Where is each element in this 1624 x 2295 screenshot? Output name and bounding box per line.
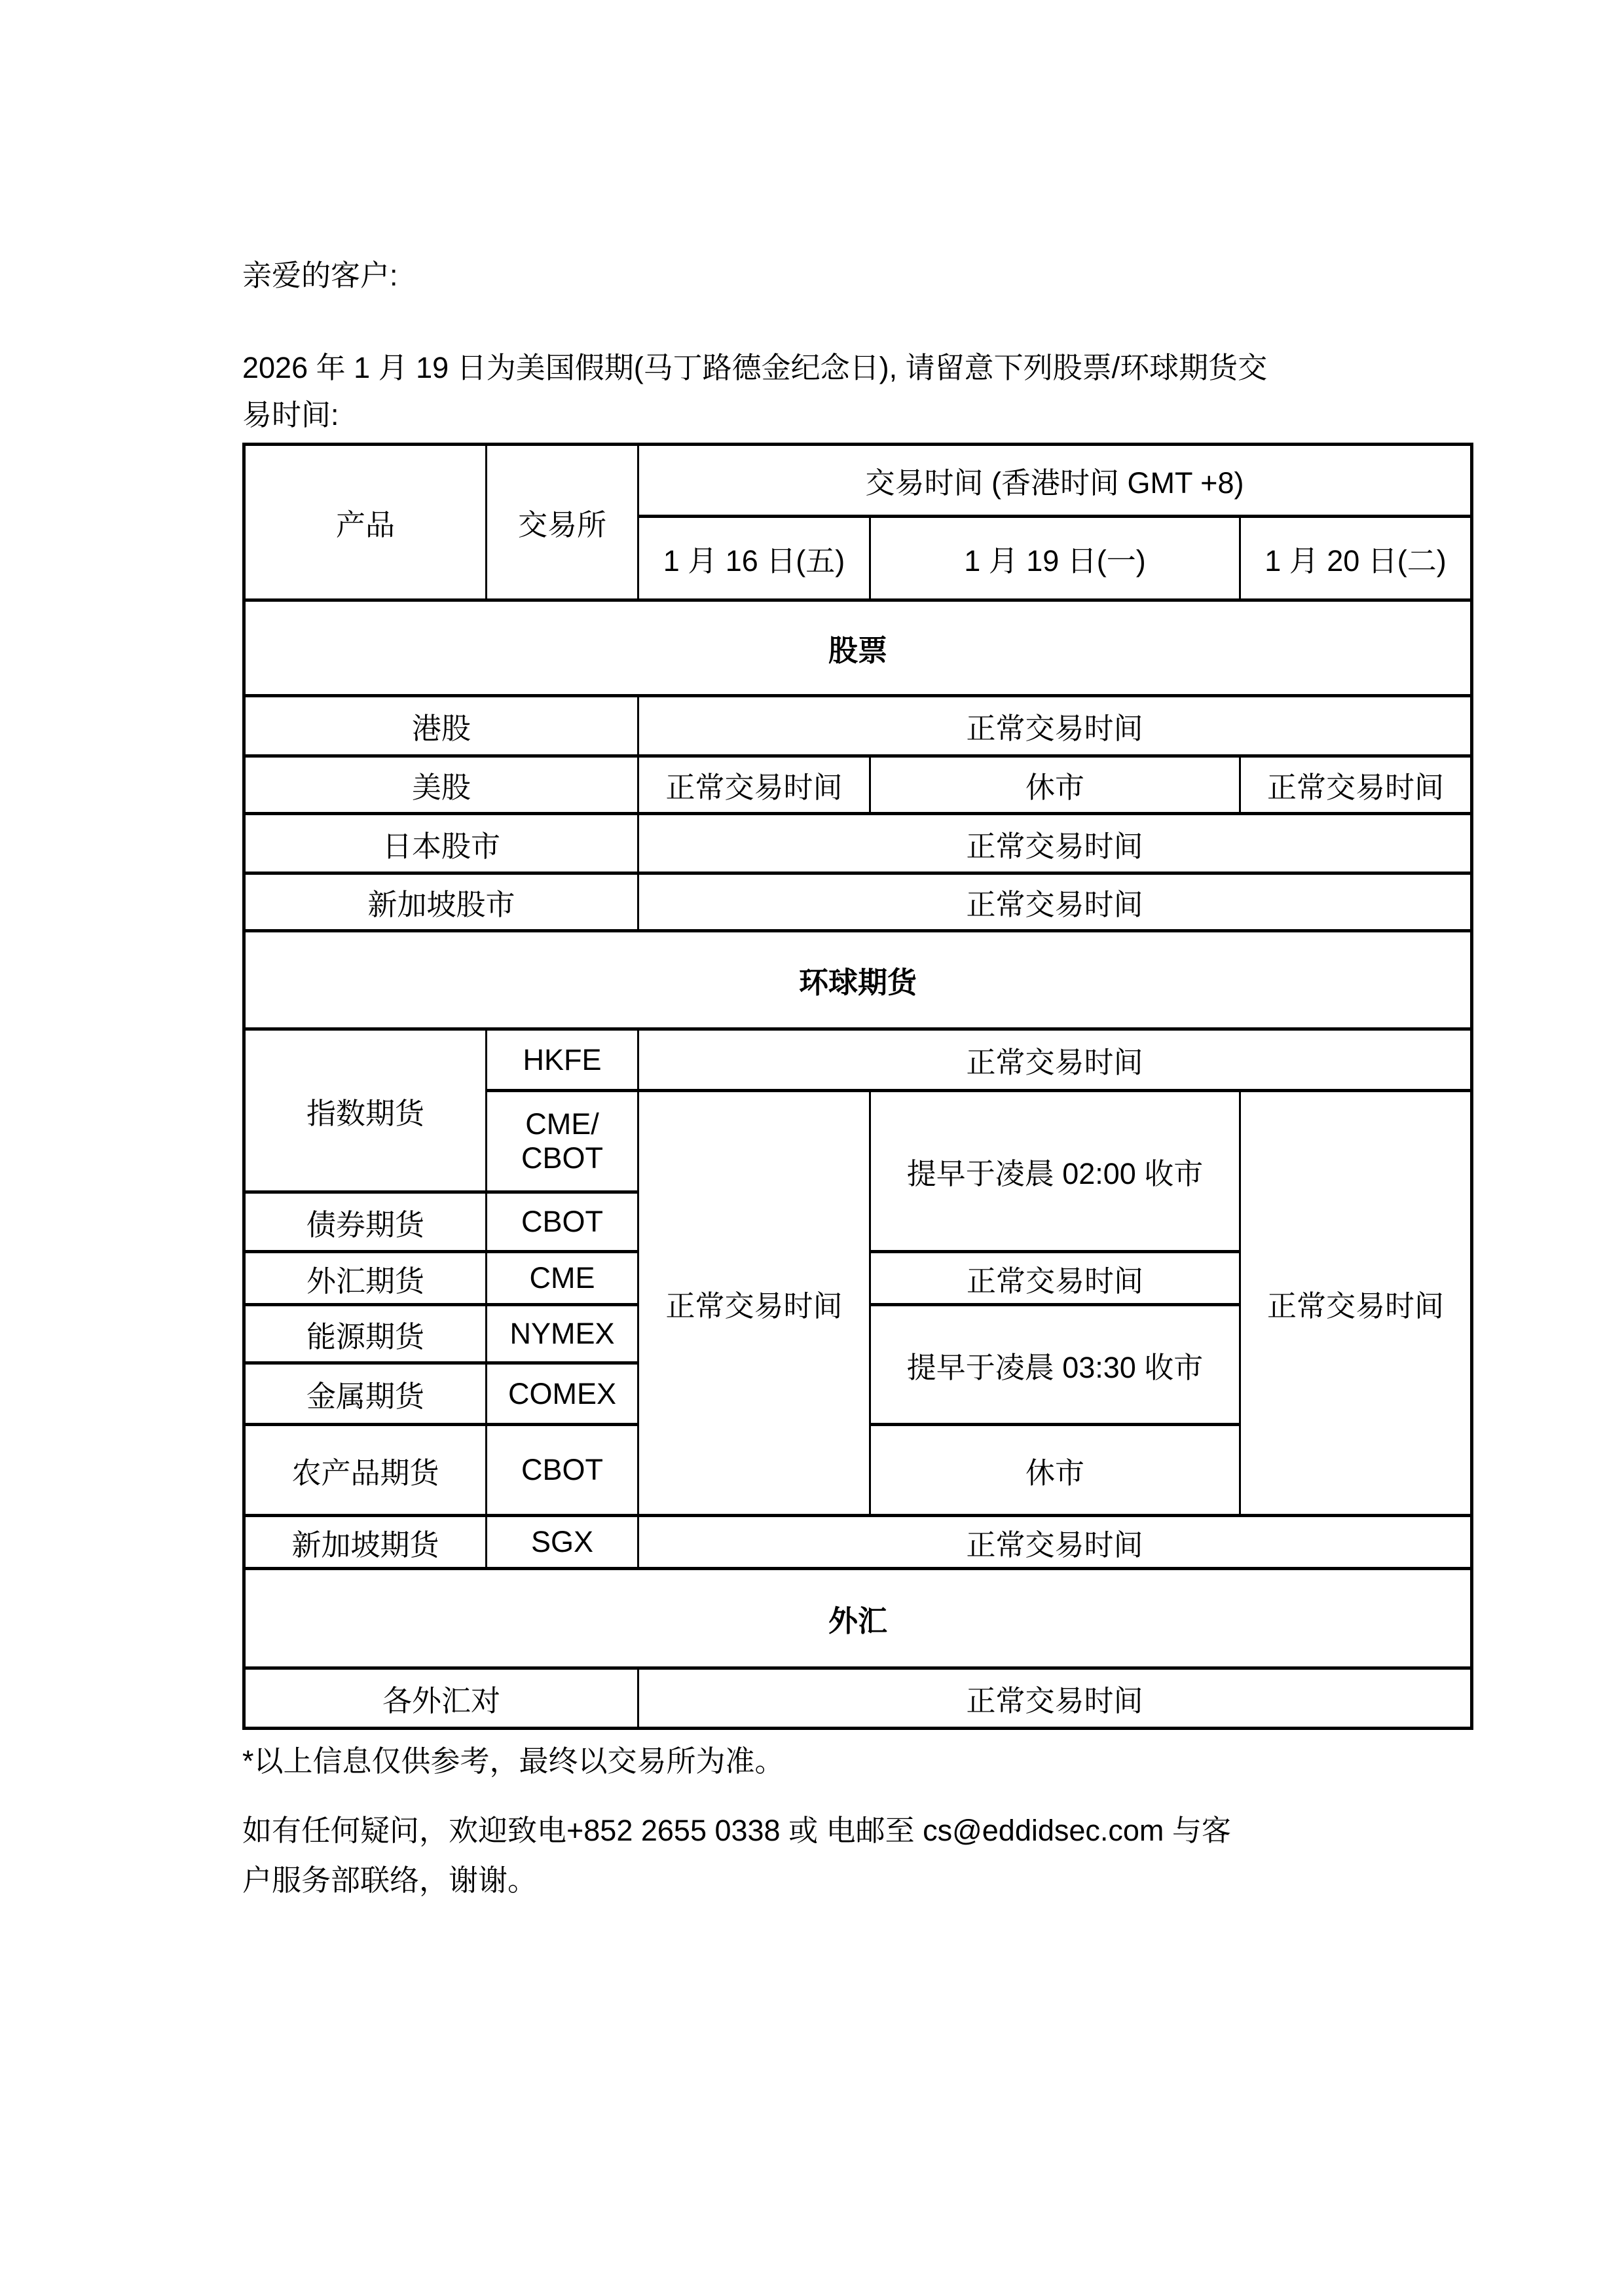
- header-row-1: 产品 交易所 交易时间 (香港时间 GMT +8): [244, 445, 1472, 517]
- contact-line-2: 户服务部联络，谢谢。: [242, 1864, 537, 1897]
- cell-index-futures-cme-cbot: CME/CBOT: [487, 1091, 638, 1192]
- cell-hkfe-all-days: 正常交易时间: [638, 1029, 1472, 1091]
- section-row-stocks: 股票: [244, 600, 1472, 696]
- cell-agriculture-futures-exchange: CBOT: [487, 1425, 638, 1516]
- cell-fx-futures-exchange: CME: [487, 1252, 638, 1305]
- header-time-title: 交易时间 (香港时间 GMT +8): [638, 445, 1472, 517]
- cell-us-stocks-fri: 正常交易时间: [638, 756, 870, 814]
- cell-singapore-stocks-all-days: 正常交易时间: [638, 873, 1472, 931]
- contact-line-1: 如有任何疑问，欢迎致电+852 2655 0338 或 电邮至 cs@eddid…: [242, 1814, 1231, 1847]
- header-date-mon: 1 月 19 日(一): [870, 517, 1240, 600]
- cell-singapore-futures-all-days: 正常交易时间: [638, 1516, 1472, 1569]
- cell-singapore-futures-product: 新加坡期货: [244, 1516, 487, 1569]
- row-singapore-futures: 新加坡期货 SGX 正常交易时间: [244, 1516, 1472, 1569]
- cell-japan-stocks-all-days: 正常交易时间: [638, 814, 1472, 873]
- cell-us-stocks-mon: 休市: [870, 756, 1240, 814]
- contact-paragraph: 如有任何疑问，欢迎致电+852 2655 0338 或 电邮至 cs@eddid…: [242, 1806, 1470, 1905]
- cell-singapore-stocks-product: 新加坡股市: [244, 873, 638, 931]
- cme-line-1: CME/: [525, 1107, 599, 1141]
- cell-singapore-futures-exchange: SGX: [487, 1516, 638, 1569]
- cell-bond-futures-product: 债券期货: [244, 1192, 487, 1252]
- cell-futures-fri-merged: 正常交易时间: [638, 1091, 870, 1516]
- cell-japan-stocks-product: 日本股市: [244, 814, 638, 873]
- cell-agriculture-futures-product: 农产品期货: [244, 1425, 487, 1516]
- row-us-stocks: 美股 正常交易时间 休市 正常交易时间: [244, 756, 1472, 814]
- cell-metal-futures-exchange: COMEX: [487, 1363, 638, 1425]
- header-exchange: 交易所: [487, 445, 638, 600]
- cell-futures-mon-early-0200: 提早于凌晨 02:00 收市: [870, 1091, 1240, 1252]
- row-forex-pairs: 各外汇对 正常交易时间: [244, 1668, 1472, 1729]
- cell-hk-stocks-product: 港股: [244, 696, 638, 756]
- cell-agriculture-futures-mon: 休市: [870, 1425, 1240, 1516]
- cme-line-2: CBOT: [521, 1141, 603, 1175]
- row-singapore-stocks: 新加坡股市 正常交易时间: [244, 873, 1472, 931]
- greeting-text: 亲爱的客户:: [242, 252, 1470, 299]
- cell-bond-futures-exchange: CBOT: [487, 1192, 638, 1252]
- intro-line-2: 易时间:: [242, 398, 339, 431]
- section-row-futures: 环球期货: [244, 931, 1472, 1029]
- row-japan-stocks: 日本股市 正常交易时间: [244, 814, 1472, 873]
- row-hk-stocks: 港股 正常交易时间: [244, 696, 1472, 756]
- cell-hk-stocks-all-days: 正常交易时间: [638, 696, 1472, 756]
- cell-forex-pairs-product: 各外汇对: [244, 1668, 638, 1729]
- cell-us-stocks-tue: 正常交易时间: [1240, 756, 1472, 814]
- footnote-text: *以上信息仅供参考，最终以交易所为准。: [242, 1738, 1470, 1785]
- section-title-futures: 环球期货: [244, 931, 1472, 1029]
- header-date-tue: 1 月 20 日(二): [1240, 517, 1472, 600]
- cell-energy-futures-product: 能源期货: [244, 1305, 487, 1363]
- cell-metal-futures-product: 金属期货: [244, 1363, 487, 1425]
- cell-index-futures-hkfe: HKFE: [487, 1029, 638, 1091]
- intro-paragraph: 2026 年 1 月 19 日为美国假期(马丁路德金纪念日), 请留意下列股票/…: [242, 344, 1470, 439]
- cell-futures-mon-early-0330: 提早于凌晨 03:30 收市: [870, 1305, 1240, 1425]
- intro-line-1: 2026 年 1 月 19 日为美国假期(马丁路德金纪念日), 请留意下列股票/…: [242, 351, 1267, 384]
- cell-forex-pairs-all-days: 正常交易时间: [638, 1668, 1472, 1729]
- section-title-forex: 外汇: [244, 1569, 1472, 1668]
- trading-hours-table: 产品 交易所 交易时间 (香港时间 GMT +8) 1 月 16 日(五) 1 …: [242, 443, 1473, 1730]
- section-row-forex: 外汇: [244, 1569, 1472, 1668]
- cell-energy-futures-exchange: NYMEX: [487, 1305, 638, 1363]
- notice-document: 亲爱的客户: 2026 年 1 月 19 日为美国假期(马丁路德金纪念日), 请…: [242, 252, 1470, 1905]
- cell-index-futures-product: 指数期货: [244, 1029, 487, 1192]
- cell-us-stocks-product: 美股: [244, 756, 638, 814]
- section-title-stocks: 股票: [244, 600, 1472, 696]
- cell-futures-tue-merged: 正常交易时间: [1240, 1091, 1472, 1516]
- header-product: 产品: [244, 445, 487, 600]
- cell-fx-futures-mon: 正常交易时间: [870, 1252, 1240, 1305]
- header-date-fri: 1 月 16 日(五): [638, 517, 870, 600]
- cell-fx-futures-product: 外汇期货: [244, 1252, 487, 1305]
- row-index-futures-hkfe: 指数期货 HKFE 正常交易时间: [244, 1029, 1472, 1091]
